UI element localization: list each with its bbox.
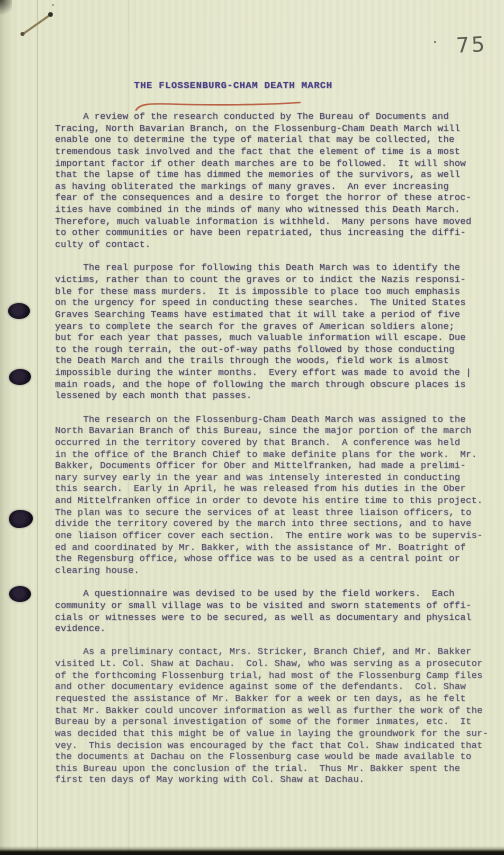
text-line: the documents at Dachau on the Flossenbu… — [55, 751, 495, 763]
text-line: Therefore, much valuable information is … — [55, 216, 495, 228]
text-line: evidence. — [55, 623, 495, 635]
text-line: A questionnaire was devised to be used b… — [55, 588, 495, 600]
pencil-speck — [434, 41, 436, 43]
text-line: tremendous task involved and the fact th… — [55, 146, 495, 158]
text-line: to other communities or have been repatr… — [55, 227, 495, 239]
text-line: North Bavarian Branch of this Bureau, si… — [55, 425, 495, 437]
text-line: lessened by each month that passes. — [55, 390, 495, 402]
text-line: ble for these mass murders. It is imposs… — [55, 286, 495, 298]
text-line: The plan was to secure the services of a… — [55, 507, 495, 519]
text-line: The real purpose for following this Deat… — [55, 262, 495, 274]
text-line: Bakker, Documents Officer for Ober and M… — [55, 460, 495, 472]
punch-hole — [9, 510, 33, 528]
text-line: clearing house. — [55, 565, 495, 577]
paper-crease — [37, 0, 38, 855]
corner-smudge — [0, 0, 12, 18]
paragraph: The real purpose for following this Deat… — [55, 262, 495, 402]
text-line: divide the territory covered by the marc… — [55, 518, 495, 530]
text-line: to the rough terrain, the out-of-way pat… — [55, 344, 495, 356]
punch-hole — [8, 303, 30, 319]
page-number: 75 — [455, 32, 487, 58]
document-title: THE FLOSSENBURG-CHAM DEATH MARCH — [134, 80, 332, 91]
text-line: visited Lt. Col. Shaw at Dachau. Col. Sh… — [55, 658, 495, 670]
document-body: A review of the research conducted by Th… — [55, 111, 495, 798]
text-line: nary survey early in the year and was in… — [55, 472, 495, 484]
text-line: A review of the research conducted by Th… — [55, 111, 495, 123]
text-line: impossible during the winter months. Eve… — [55, 367, 495, 379]
text-line: this search. Early in April, he was rele… — [55, 483, 495, 495]
text-line: in the office of the Branch Chief to mak… — [55, 449, 495, 461]
text-line: and Mittelfranken office in order to dev… — [55, 495, 495, 507]
text-line: vey. This decision was encouraged by the… — [55, 740, 495, 752]
title-underline — [136, 103, 300, 111]
text-line: important factor if other death marches … — [55, 158, 495, 170]
text-line: fear of the consequences and a desire to… — [55, 192, 495, 204]
punch-hole — [9, 586, 31, 602]
text-line: of the forthcoming Flossenburg trial, ha… — [55, 670, 495, 682]
text-line: that Mr. Bakker could uncover informatio… — [55, 705, 495, 717]
text-line: and other documentary evidence against s… — [55, 681, 495, 693]
text-line: main roads, and the hope of following th… — [55, 379, 495, 391]
paragraph: A questionnaire was devised to be used b… — [55, 588, 495, 635]
text-line: on the urgency for speed in conducting t… — [55, 297, 495, 309]
document-page: 75 THE FLOSSENBURG-CHAM DEATH MARCH A re… — [0, 0, 504, 855]
punch-hole — [8, 368, 31, 385]
text-line: the Death March and the trails through t… — [55, 355, 495, 367]
text-line: ities have combined in the minds of many… — [55, 204, 495, 216]
paragraph: As a preliminary contact, Mrs. Stricker,… — [55, 646, 495, 786]
text-line: this Bureau upon the conclusion of the t… — [55, 763, 495, 775]
text-line: ed and coordinated by Mr. Bakker, with t… — [55, 542, 495, 554]
text-line: that the lapse of time has dimmed the me… — [55, 169, 495, 181]
text-line: Graves Searching Teams have estimated th… — [55, 309, 495, 321]
text-line: Tracing, North Bavarian Branch, on the F… — [55, 123, 495, 135]
text-line: community or small village was to be vis… — [55, 600, 495, 612]
text-line: victims, rather than to count the graves… — [55, 274, 495, 286]
text-line: one liaison officer cover each section. … — [55, 530, 495, 542]
pencil-mark — [21, 4, 55, 36]
text-line: but for each year that passes, much valu… — [55, 332, 495, 344]
text-line: the Regensburg office, whose office was … — [55, 553, 495, 565]
text-line: enable one to determine the type of mate… — [55, 134, 495, 146]
text-line: As a preliminary contact, Mrs. Stricker,… — [55, 646, 495, 658]
text-line: was decided that this might be of value … — [55, 728, 495, 740]
text-line: as having obliterated the markings of ma… — [55, 181, 495, 193]
text-line: Bureau by a personal investigation of so… — [55, 716, 495, 728]
text-line: requested the assistance of Mr. Bakker f… — [55, 693, 495, 705]
scan-bottom-edge — [0, 846, 504, 855]
paragraph: A review of the research conducted by Th… — [55, 111, 495, 251]
text-line: occurred in the territory covered by tha… — [55, 437, 495, 449]
paragraph: The research on the Flossenburg-Cham Dea… — [55, 414, 495, 577]
text-line: culty of contact. — [55, 239, 495, 251]
text-line: first ten days of May working with Col. … — [55, 774, 495, 786]
text-line: cials or witnesses were to be secured, a… — [55, 612, 495, 624]
text-line: The research on the Flossenburg-Cham Dea… — [55, 414, 495, 426]
text-line: years to complete the search for the gra… — [55, 321, 495, 333]
